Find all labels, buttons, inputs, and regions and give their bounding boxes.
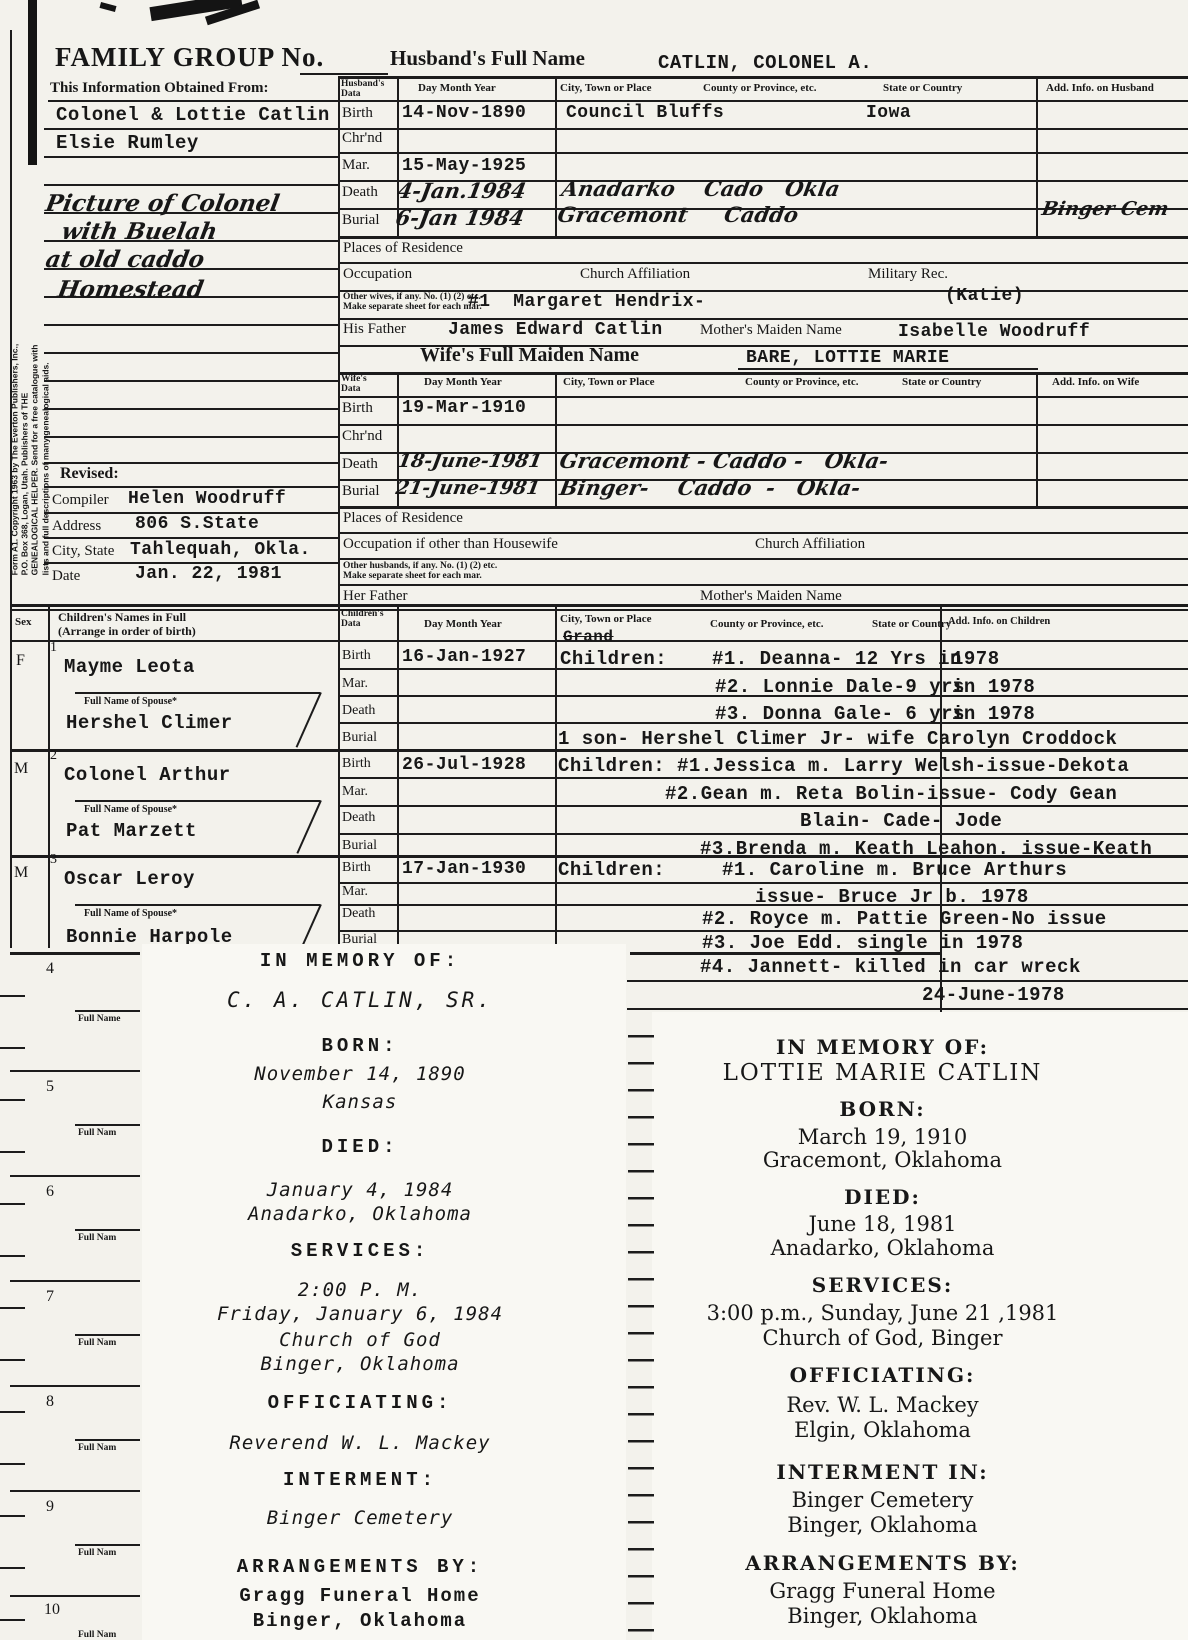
rule [10, 1595, 140, 1597]
rule [338, 128, 1188, 130]
handwritten-note: with Buelah [60, 218, 220, 245]
col-header-city: City, Town or Place [560, 613, 651, 625]
rule [75, 800, 320, 802]
grand-struck-word: Grand [563, 628, 614, 646]
grandchild-note-addinfo: 1978 [952, 648, 1000, 670]
children-data-label-line: Data [341, 619, 361, 629]
city-state-value: Tahlequah, Okla. [130, 540, 311, 560]
rule [338, 882, 1188, 884]
child-birth-date: 17-Jan-1930 [402, 859, 526, 879]
child-mar-label: Mar. [342, 884, 368, 900]
memorial-left-officiating-heading: OFFICIATING: [145, 1392, 575, 1414]
page-title: FAMILY GROUP No. [55, 42, 324, 73]
memorial-right-born-line: Gracemont, Oklahoma [660, 1148, 1105, 1172]
wife-occupation-label: Occupation if other than Housewife [343, 536, 558, 553]
rule [1036, 76, 1038, 236]
row-number: 9 [46, 1498, 54, 1516]
handwritten-note: Homestead [56, 276, 206, 303]
husband-birth-label: Birth [342, 105, 373, 122]
rule [75, 1010, 140, 1012]
husband-data-label: Husband'sData [341, 79, 384, 100]
memorial-left-arrangements-line: Binger, Oklahoma [145, 1610, 575, 1632]
rule [338, 372, 1188, 375]
husband-birth-state: Iowa [866, 103, 911, 123]
col-header-addinfo: Add. Info. on Husband [1046, 82, 1154, 94]
rule [630, 952, 940, 955]
grandchild-note: Children: #1.Jessica m. Larry Welsh-issu… [558, 755, 1129, 777]
rule [338, 777, 1188, 779]
rule [338, 506, 1188, 509]
rule [75, 692, 320, 694]
memorial-right-interment-heading: INTERMENT IN: [660, 1460, 1105, 1484]
ruled-line-ticks [0, 995, 25, 1640]
memorial-right-interment-line: Binger, Oklahoma [660, 1513, 1105, 1537]
husband-chrnd-label: Chr'nd [342, 130, 382, 147]
grandchild-note: #2. Royce m. Pattie Green-No issue [702, 908, 1107, 930]
husband-burial-label: Burial [342, 212, 380, 229]
rule [10, 1490, 140, 1492]
husband-places-label: Places of Residence [343, 240, 463, 257]
full-name-stub-label: Full Nam [78, 1128, 116, 1138]
compiler-value: Helen Woodruff [128, 489, 286, 509]
other-husbands-label-line: Make separate sheet for each mar. [343, 571, 482, 581]
col-header-date: Day Month Year [424, 618, 502, 630]
row-number: 7 [46, 1288, 54, 1306]
child-number: 3 [50, 852, 57, 868]
wife-burial-place: Binger- Caddo - Okla- [558, 475, 863, 500]
memorial-left-officiating-line: Reverend W. L. Mackey [145, 1432, 575, 1454]
memorial-right-died-line: Anadarko, Oklahoma [660, 1236, 1105, 1260]
col-header-state: State or Country [883, 82, 962, 94]
col-header-date: Day Month Year [418, 82, 496, 94]
child-burial-label: Burial [342, 730, 377, 746]
other-wives-value: #1 Margaret Hendrix- [468, 292, 705, 312]
col-header-state: State or Country [872, 618, 951, 630]
wife-death-place: Gracemont - Caddo - Okla- [558, 448, 891, 473]
husband-birth-date: 14-Nov-1890 [402, 103, 526, 123]
mother-maiden-value: Isabelle Woodruff [898, 322, 1090, 342]
full-name-stub-label: Full Nam [78, 1233, 116, 1243]
child-note-label: Children: [558, 859, 665, 881]
scan-artifact [99, 2, 116, 12]
memorial-left-died-heading: DIED: [145, 1136, 575, 1158]
rule [338, 262, 1188, 264]
memorial-right-name: LOTTIE MARIE CATLIN [660, 1060, 1105, 1086]
revised-label: Revised: [60, 465, 119, 483]
other-wives-note: (Katie) [945, 286, 1024, 306]
husband-name-value: CATLIN, COLONEL A. [658, 52, 872, 74]
grandchild-note: #3.Brenda m. Keath Leahon. issue-Keath [700, 838, 1152, 860]
child-name: Colonel Arthur [64, 764, 231, 786]
col-header-state: State or Country [902, 376, 981, 388]
child-burial-label: Burial [342, 838, 377, 854]
rule [338, 558, 1188, 560]
child-spouse: Pat Marzett [66, 820, 197, 842]
rule [10, 1280, 140, 1282]
husband-data-label-line: Husband's [341, 79, 384, 89]
wife-death-label: Death [342, 456, 378, 473]
wife-burial-date: 21-June-1981 [394, 477, 542, 499]
memorial-left-arrangements-line: Gragg Funeral Home [145, 1585, 575, 1607]
children-data-label-line: Children's [341, 609, 384, 619]
rule [10, 30, 12, 948]
rule [10, 609, 1188, 611]
form-credit-line: P.O. Box 368, Logan, Utah. Publishers of… [20, 265, 30, 575]
form-credit-line: GENEALOGICAL HELPER. Send for a free cat… [30, 265, 40, 575]
wife-data-label: Wife'sData [341, 374, 367, 395]
husband-marriage-label: Mar. [342, 157, 370, 174]
wife-data-label-line: Data [341, 384, 361, 394]
other-husbands-label-line: Other husbands, if any. No. (1) (2) etc. [343, 561, 497, 571]
child-birth-label: Birth [342, 756, 371, 772]
row-number: 4 [46, 960, 54, 978]
rule [338, 805, 1188, 807]
rule [338, 76, 340, 948]
info-source-label: This Information Obtained From: [50, 80, 269, 97]
memorial-left-arrangements-heading: ARRANGEMENTS BY: [145, 1556, 575, 1578]
memorial-left-born-line: November 14, 1890 [145, 1063, 575, 1085]
wife-death-date: 18-June-1981 [396, 450, 544, 472]
husband-data-label-line: Data [341, 89, 361, 99]
spouse-label: Full Name of Spouse* [84, 696, 177, 707]
grandchild-note: #2.Gean m. Reta Bolin-issue- Cody Gean [665, 783, 1117, 805]
memorial-left-services-line: 2:00 P. M. [145, 1279, 575, 1301]
husband-church-label: Church Affiliation [580, 266, 690, 283]
his-father-value: James Edward Catlin [448, 320, 663, 340]
memorial-left-born-heading: BORN: [145, 1035, 575, 1057]
child-number: 1 [50, 640, 57, 656]
rule [75, 1124, 140, 1126]
rule [296, 800, 321, 854]
col-header-sex: Sex [15, 616, 32, 628]
husband-burial-addinfo: Binger Cem [1040, 198, 1170, 220]
address-value: 806 S.State [135, 514, 259, 534]
memorial-left-services-heading: SERVICES: [145, 1240, 575, 1262]
other-husbands-label: Other husbands, if any. No. (1) (2) etc.… [343, 561, 497, 582]
rule [338, 152, 1188, 154]
child-sex: M [14, 760, 28, 778]
info-source-entry: Elsie Rumley [56, 132, 199, 154]
grandchild-note: #4. Jannett- killed in car wreck [700, 956, 1081, 978]
grandchild-note: Blain- Cade- Jode [800, 810, 1002, 832]
grandchild-note: 24-June-1978 [922, 984, 1065, 1006]
rule [555, 372, 557, 506]
col-header-city: City, Town or Place [563, 376, 654, 388]
child-sex: F [16, 652, 25, 670]
other-wives-label-line: Other wives, if any. No. (1) (2) etc. [343, 292, 481, 302]
other-wives-label: Other wives, if any. No. (1) (2) etc.Mak… [343, 292, 482, 313]
memorial-left-services-line: Church of God [145, 1329, 575, 1351]
memorial-left-died-line: Anadarko, Oklahoma [145, 1203, 575, 1225]
torn-edge-ruled-marks [628, 1035, 654, 1635]
col-header-date: Day Month Year [424, 376, 502, 388]
wife-data-label-line: Wife's [341, 374, 367, 384]
memorial-right-arrangements-line: Gragg Funeral Home [660, 1579, 1105, 1603]
wife-birth-date: 19-Mar-1910 [402, 398, 526, 418]
his-father-label: His Father [343, 321, 406, 338]
rule [296, 692, 322, 748]
spouse-label: Full Name of Spouse* [84, 804, 177, 815]
husband-burial-place: Gracemont Caddo [556, 202, 801, 227]
rule [10, 1385, 140, 1387]
child-name: Oscar Leroy [64, 868, 195, 890]
rule [48, 100, 338, 102]
full-name-stub-label: Full Nam [78, 1548, 116, 1558]
child-mar-label: Mar. [342, 676, 368, 692]
date-label: Date [52, 568, 80, 585]
address-label: Address [52, 518, 101, 535]
rule [338, 424, 1188, 426]
wife-places-label: Places of Residence [343, 510, 463, 527]
husband-death-label: Death [342, 184, 378, 201]
rule [48, 605, 50, 948]
rule [300, 73, 388, 75]
husband-marriage-date: 15-May-1925 [402, 156, 526, 176]
row-number: 6 [46, 1183, 54, 1201]
memorial-left-died-line: January 4, 1984 [145, 1179, 575, 1201]
col-header-county: County or Province, etc. [745, 376, 859, 388]
rule [10, 1175, 140, 1177]
rule [44, 486, 338, 488]
row-number: 8 [46, 1393, 54, 1411]
husband-occupation-label: Occupation [343, 266, 412, 283]
other-wives-label-line: Make separate sheet for each mar. [343, 302, 482, 312]
rule [338, 236, 1188, 239]
husband-birth-city: Council Bluffs [566, 103, 724, 123]
spouse-label: Full Name of Spouse* [84, 908, 177, 919]
memorial-left-interment-heading: INTERMENT: [145, 1469, 575, 1491]
mother-maiden-label: Mother's Maiden Name [700, 322, 842, 339]
compiler-label: Compiler [52, 492, 109, 509]
memorial-left-services-line: Friday, January 6, 1984 [145, 1303, 575, 1325]
wife-chrnd-label: Chr'nd [342, 428, 382, 445]
husband-death-place: Anadarko Cado Okla [560, 176, 842, 201]
col-header-county: County or Province, etc. [703, 82, 817, 94]
husband-death-date: 4-Jan.1984 [396, 178, 528, 203]
handwritten-note: at old caddo [44, 246, 207, 273]
full-name-stub-label: Full Nam [78, 1338, 116, 1348]
rule [338, 76, 1188, 79]
grandchild-note-addinfo: in 1978 [952, 676, 1035, 698]
grandchild-note-addinfo: in 1978 [952, 703, 1035, 725]
her-father-label: Her Father [343, 588, 408, 605]
child-spouse: Hershel Climer [66, 712, 233, 734]
wife-name-label: Wife's Full Maiden Name [420, 344, 639, 367]
grandchild-note: issue- Bruce Jr b. 1978 [755, 886, 1029, 908]
husband-burial-date: 6-Jan 1984 [394, 205, 526, 230]
memorial-right-officiating-line: Rev. W. L. Mackey [660, 1393, 1105, 1417]
child-sex: M [14, 864, 28, 882]
family-group-sheet-scan: Form A1. Copyright 1963 by The Everton P… [0, 0, 1188, 1640]
husband-name-label: Husband's Full Name [390, 46, 585, 71]
rule [338, 584, 1188, 586]
memorial-right-died-line: June 18, 1981 [660, 1212, 1105, 1236]
child-birth-label: Birth [342, 648, 371, 664]
wife-mother-maiden-label: Mother's Maiden Name [700, 588, 842, 605]
full-name-stub-label: Full Nam [78, 1630, 116, 1640]
child-name: Mayme Leota [64, 656, 195, 678]
full-name-stub-label: Full Name [78, 1014, 120, 1024]
rule [738, 368, 1038, 370]
memorial-left-name: C. A. CATLIN, SR. [145, 988, 575, 1012]
wife-birth-label: Birth [342, 400, 373, 417]
info-source-entry: Colonel & Lottie Catlin [56, 104, 330, 126]
col-header-addinfo: Add. Info. on Wife [1052, 376, 1139, 388]
memorial-right-arrangements-line: Binger, Oklahoma [660, 1604, 1105, 1628]
child-mar-label: Mar. [342, 784, 368, 800]
memorial-left-interment-line: Binger Cemetery [145, 1507, 575, 1529]
col-header-children-names-2: (Arrange in order of birth) [58, 624, 196, 639]
child-note-label: Children: [560, 648, 667, 670]
memorial-right-officiating-heading: OFFICIATING: [660, 1363, 1105, 1387]
child-birth-label: Birth [342, 860, 371, 876]
rule [10, 1070, 140, 1072]
rule [44, 537, 338, 539]
rule [338, 100, 1188, 102]
rule [10, 604, 1188, 607]
rule [338, 532, 1188, 534]
wife-name-value: BARE, LOTTIE MARIE [746, 348, 949, 368]
scan-artifact [28, 0, 37, 165]
memorial-left-title: IN MEMORY OF: [145, 950, 575, 972]
husband-military-label: Military Rec. [868, 266, 948, 283]
rule [75, 904, 320, 906]
grandchild-note: #3. Donna Gale- 6 yrs [715, 703, 965, 725]
memorial-right-officiating-line: Elgin, Oklahoma [660, 1418, 1105, 1442]
memorial-right-services-line: Church of God, Binger [660, 1326, 1105, 1350]
col-header-county: County or Province, etc. [710, 618, 824, 630]
child-birth-date: 26-Jul-1928 [402, 755, 526, 775]
city-state-label: City, State [52, 543, 114, 560]
grandchild-note: #3. Joe Edd. single in 1978 [702, 932, 1023, 954]
memorial-right-arrangements-heading: ARRANGEMENTS BY: [660, 1551, 1105, 1575]
child-death-label: Death [342, 703, 375, 719]
grandchild-note: #2. Lonnie Dale-9 yrs [715, 676, 965, 698]
rule [75, 1439, 140, 1441]
child-birth-date: 16-Jan-1927 [402, 647, 526, 667]
grandchild-note: #1. Deanna- 12 Yrs in [712, 648, 962, 670]
memorial-left-services-line: Binger, Oklahoma [145, 1353, 575, 1375]
memorial-right-born-line: March 19, 1910 [660, 1125, 1105, 1149]
row-number: 10 [44, 1601, 60, 1619]
col-header-city: City, Town or Place [560, 82, 651, 94]
rule [44, 462, 338, 464]
full-name-stub-label: Full Nam [78, 1443, 116, 1453]
memorial-right-died-heading: DIED: [660, 1185, 1105, 1209]
child-burial-note: 1 son- Hershel Climer Jr- wife Carolyn C… [558, 728, 1117, 750]
memorial-right-interment-line: Binger Cemetery [660, 1488, 1105, 1512]
memorial-left-born-line: Kansas [145, 1091, 575, 1113]
child-death-label: Death [342, 810, 375, 826]
rule [75, 1544, 140, 1546]
wife-burial-label: Burial [342, 483, 380, 500]
memorial-right-services-line: 3:00 p.m., Sunday, June 21 ,1981 [660, 1301, 1105, 1325]
rule [300, 904, 321, 949]
col-header-addinfo: Add. Info. on Children [948, 616, 1050, 627]
grandchild-note: #1. Caroline m. Bruce Arthurs [722, 859, 1067, 881]
child-death-label: Death [342, 906, 375, 922]
rule [627, 980, 1188, 982]
rule [555, 76, 557, 236]
row-number: 5 [46, 1078, 54, 1096]
child-number: 2 [50, 748, 57, 764]
memorial-right-title: IN MEMORY OF: [660, 1035, 1105, 1059]
memorial-right-born-heading: BORN: [660, 1097, 1105, 1121]
rule [75, 1229, 140, 1231]
children-data-label: Children'sData [341, 609, 384, 630]
rule [10, 952, 140, 955]
rule [627, 1008, 1188, 1010]
col-header-children-names: Children's Names in Full [58, 610, 186, 625]
date-value: Jan. 22, 1981 [135, 564, 282, 584]
handwritten-note: Picture of Colonel [44, 190, 282, 217]
rule [75, 1334, 140, 1336]
memorial-right-services-heading: SERVICES: [660, 1273, 1105, 1297]
rule [338, 833, 1188, 835]
wife-church-label: Church Affiliation [755, 536, 865, 553]
rule [1036, 372, 1038, 506]
